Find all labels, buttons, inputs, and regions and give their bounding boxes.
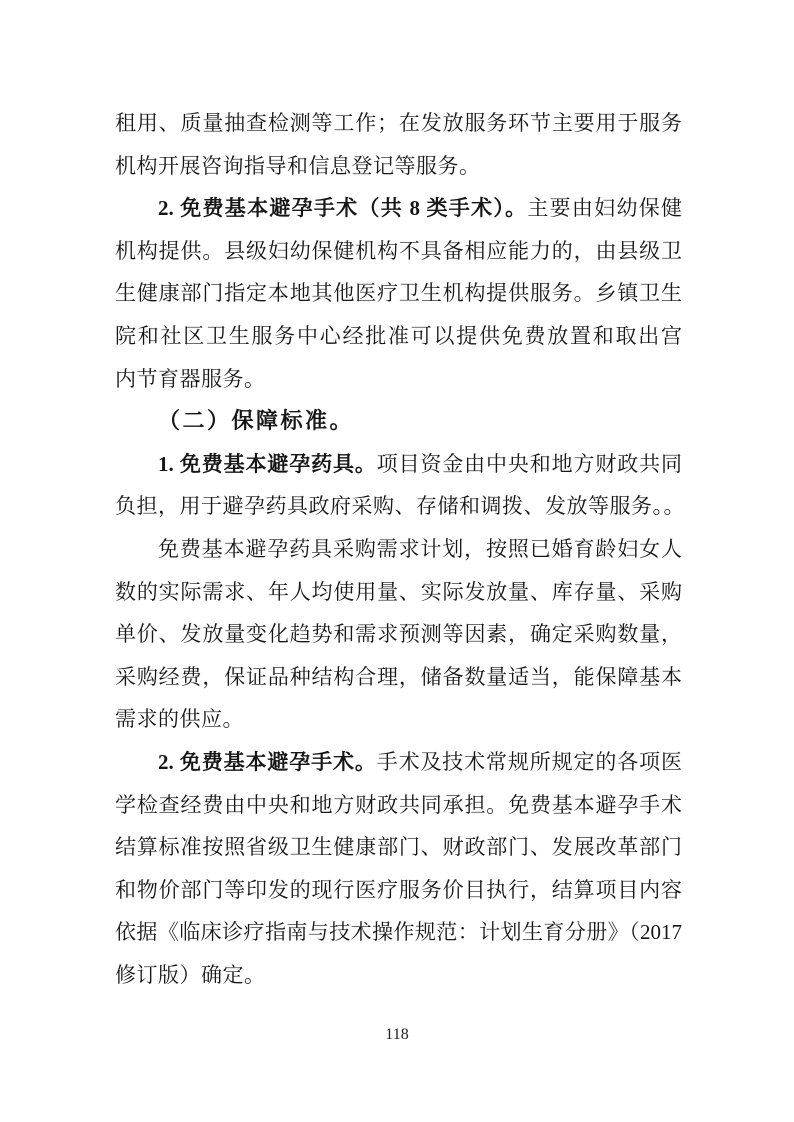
para-free-contraceptive-surgery-intro-line-1: 2. 免费基本避孕手术（共 8 类手术）。主要由妇幼保健 — [115, 187, 682, 230]
bold-text-run: （二）保障标准。 — [158, 408, 354, 433]
text-run: 修订版）确定。 — [115, 963, 266, 987]
text-run: 结算标准按照省级卫生健康部门、财政部门、发展改革部门 — [115, 835, 682, 859]
para-free-contraceptive-surgery-intro-line-2: 机构提供。县级妇幼保健机构不具备相应能力的，由县级卫 — [115, 230, 682, 273]
text-run: 免费基本避孕药具采购需求计划，按照已婚育龄妇女人 — [158, 537, 682, 561]
para-procurement-plan-line-2: 数的实际需求、年人均使用量、实际发放量、库存量、采购 — [115, 571, 682, 614]
text-run: 租用、质量抽查检测等工作；在发放服务环节主要用于服务 — [115, 111, 682, 135]
text-run: 生健康部门指定本地其他医疗卫生机构提供服务。乡镇卫生 — [115, 281, 682, 305]
bold-text-run: 2. 免费基本避孕手术（共 8 类手术）。 — [158, 196, 527, 220]
para-procurement-plan-line-3: 单价、发放量变化趋势和需求预测等因素，确定采购数量， — [115, 613, 682, 656]
text-run: 依据《临床诊疗指南与技术操作规范：计划生育分册》（2017 — [115, 920, 682, 944]
para-free-contraceptive-surgery-funding-line-4: 和物价部门等印发的现行医疗服务价目执行，结算项目内容 — [115, 869, 682, 912]
para-distribution-continuation-line-2: 机构开展咨询指导和信息登记等服务。 — [115, 145, 682, 188]
text-run: 主要由妇幼保健 — [527, 196, 682, 220]
para-procurement-plan-line-1: 免费基本避孕药具采购需求计划，按照已婚育龄妇女人 — [115, 528, 682, 571]
para-procurement-plan-line-4: 采购经费，保证品种结构合理，储备数量适当，能保障基本 — [115, 656, 682, 699]
para-free-contraceptive-supplies-line-2: 负担，用于避孕药具政府采购、存储和调拨、发放等服务。。 — [115, 485, 682, 528]
text-run: 单价、发放量变化趋势和需求预测等因素，确定采购数量， — [115, 622, 682, 646]
heading-guarantee-standards-line-1: （二）保障标准。 — [115, 400, 682, 443]
page-number: 118 — [385, 1026, 408, 1043]
para-free-contraceptive-surgery-funding-line-5: 依据《临床诊疗指南与技术操作规范：计划生育分册》（2017 — [115, 911, 682, 954]
para-free-contraceptive-supplies-line-1: 1. 免费基本避孕药具。项目资金由中央和地方财政共同 — [115, 443, 682, 486]
text-run: 和物价部门等印发的现行医疗服务价目执行，结算项目内容 — [115, 878, 682, 902]
text-run: 学检查经费由中央和地方财政共同承担。免费基本避孕手术 — [115, 793, 682, 817]
para-free-contraceptive-surgery-intro-line-5: 内节育器服务。 — [115, 358, 682, 401]
text-run: 内节育器服务。 — [115, 367, 266, 391]
para-free-contraceptive-surgery-funding-line-6: 修订版）确定。 — [115, 954, 682, 997]
text-run: 机构提供。县级妇幼保健机构不具备相应能力的，由县级卫 — [115, 239, 682, 263]
bold-text-run: 1. 免费基本避孕药具。 — [158, 452, 377, 476]
text-run: 数的实际需求、年人均使用量、实际发放量、库存量、采购 — [115, 580, 682, 604]
para-free-contraceptive-surgery-funding-line-3: 结算标准按照省级卫生健康部门、财政部门、发展改革部门 — [115, 826, 682, 869]
text-run: 采购经费，保证品种结构合理，储备数量适当，能保障基本 — [115, 665, 682, 689]
para-free-contraceptive-surgery-funding-line-2: 学检查经费由中央和地方财政共同承担。免费基本避孕手术 — [115, 784, 682, 827]
para-free-contraceptive-surgery-intro-line-4: 院和社区卫生服务中心经批准可以提供免费放置和取出宫 — [115, 315, 682, 358]
para-procurement-plan-line-5: 需求的供应。 — [115, 698, 682, 741]
document-page: 租用、质量抽查检测等工作；在发放服务环节主要用于服务机构开展咨询指导和信息登记等… — [0, 0, 794, 1122]
para-free-contraceptive-surgery-funding-line-1: 2. 免费基本避孕手术。手术及技术常规所规定的各项医 — [115, 741, 682, 784]
para-distribution-continuation-line-1: 租用、质量抽查检测等工作；在发放服务环节主要用于服务 — [115, 102, 682, 145]
text-run: 负担，用于避孕药具政府采购、存储和调拨、发放等服务。。 — [115, 494, 685, 518]
text-run: 手术及技术常规所规定的各项医 — [377, 750, 682, 774]
document-body: 租用、质量抽查检测等工作；在发放服务环节主要用于服务机构开展咨询指导和信息登记等… — [115, 102, 682, 996]
text-run: 机构开展咨询指导和信息登记等服务。 — [115, 154, 481, 178]
text-run: 需求的供应。 — [115, 707, 244, 731]
bold-text-run: 2. 免费基本避孕手术。 — [158, 750, 377, 774]
text-run: 项目资金由中央和地方财政共同 — [377, 452, 682, 476]
para-free-contraceptive-surgery-intro-line-3: 生健康部门指定本地其他医疗卫生机构提供服务。乡镇卫生 — [115, 272, 682, 315]
page-footer: 118 — [0, 1024, 794, 1046]
text-run: 院和社区卫生服务中心经批准可以提供免费放置和取出宫 — [115, 324, 682, 348]
